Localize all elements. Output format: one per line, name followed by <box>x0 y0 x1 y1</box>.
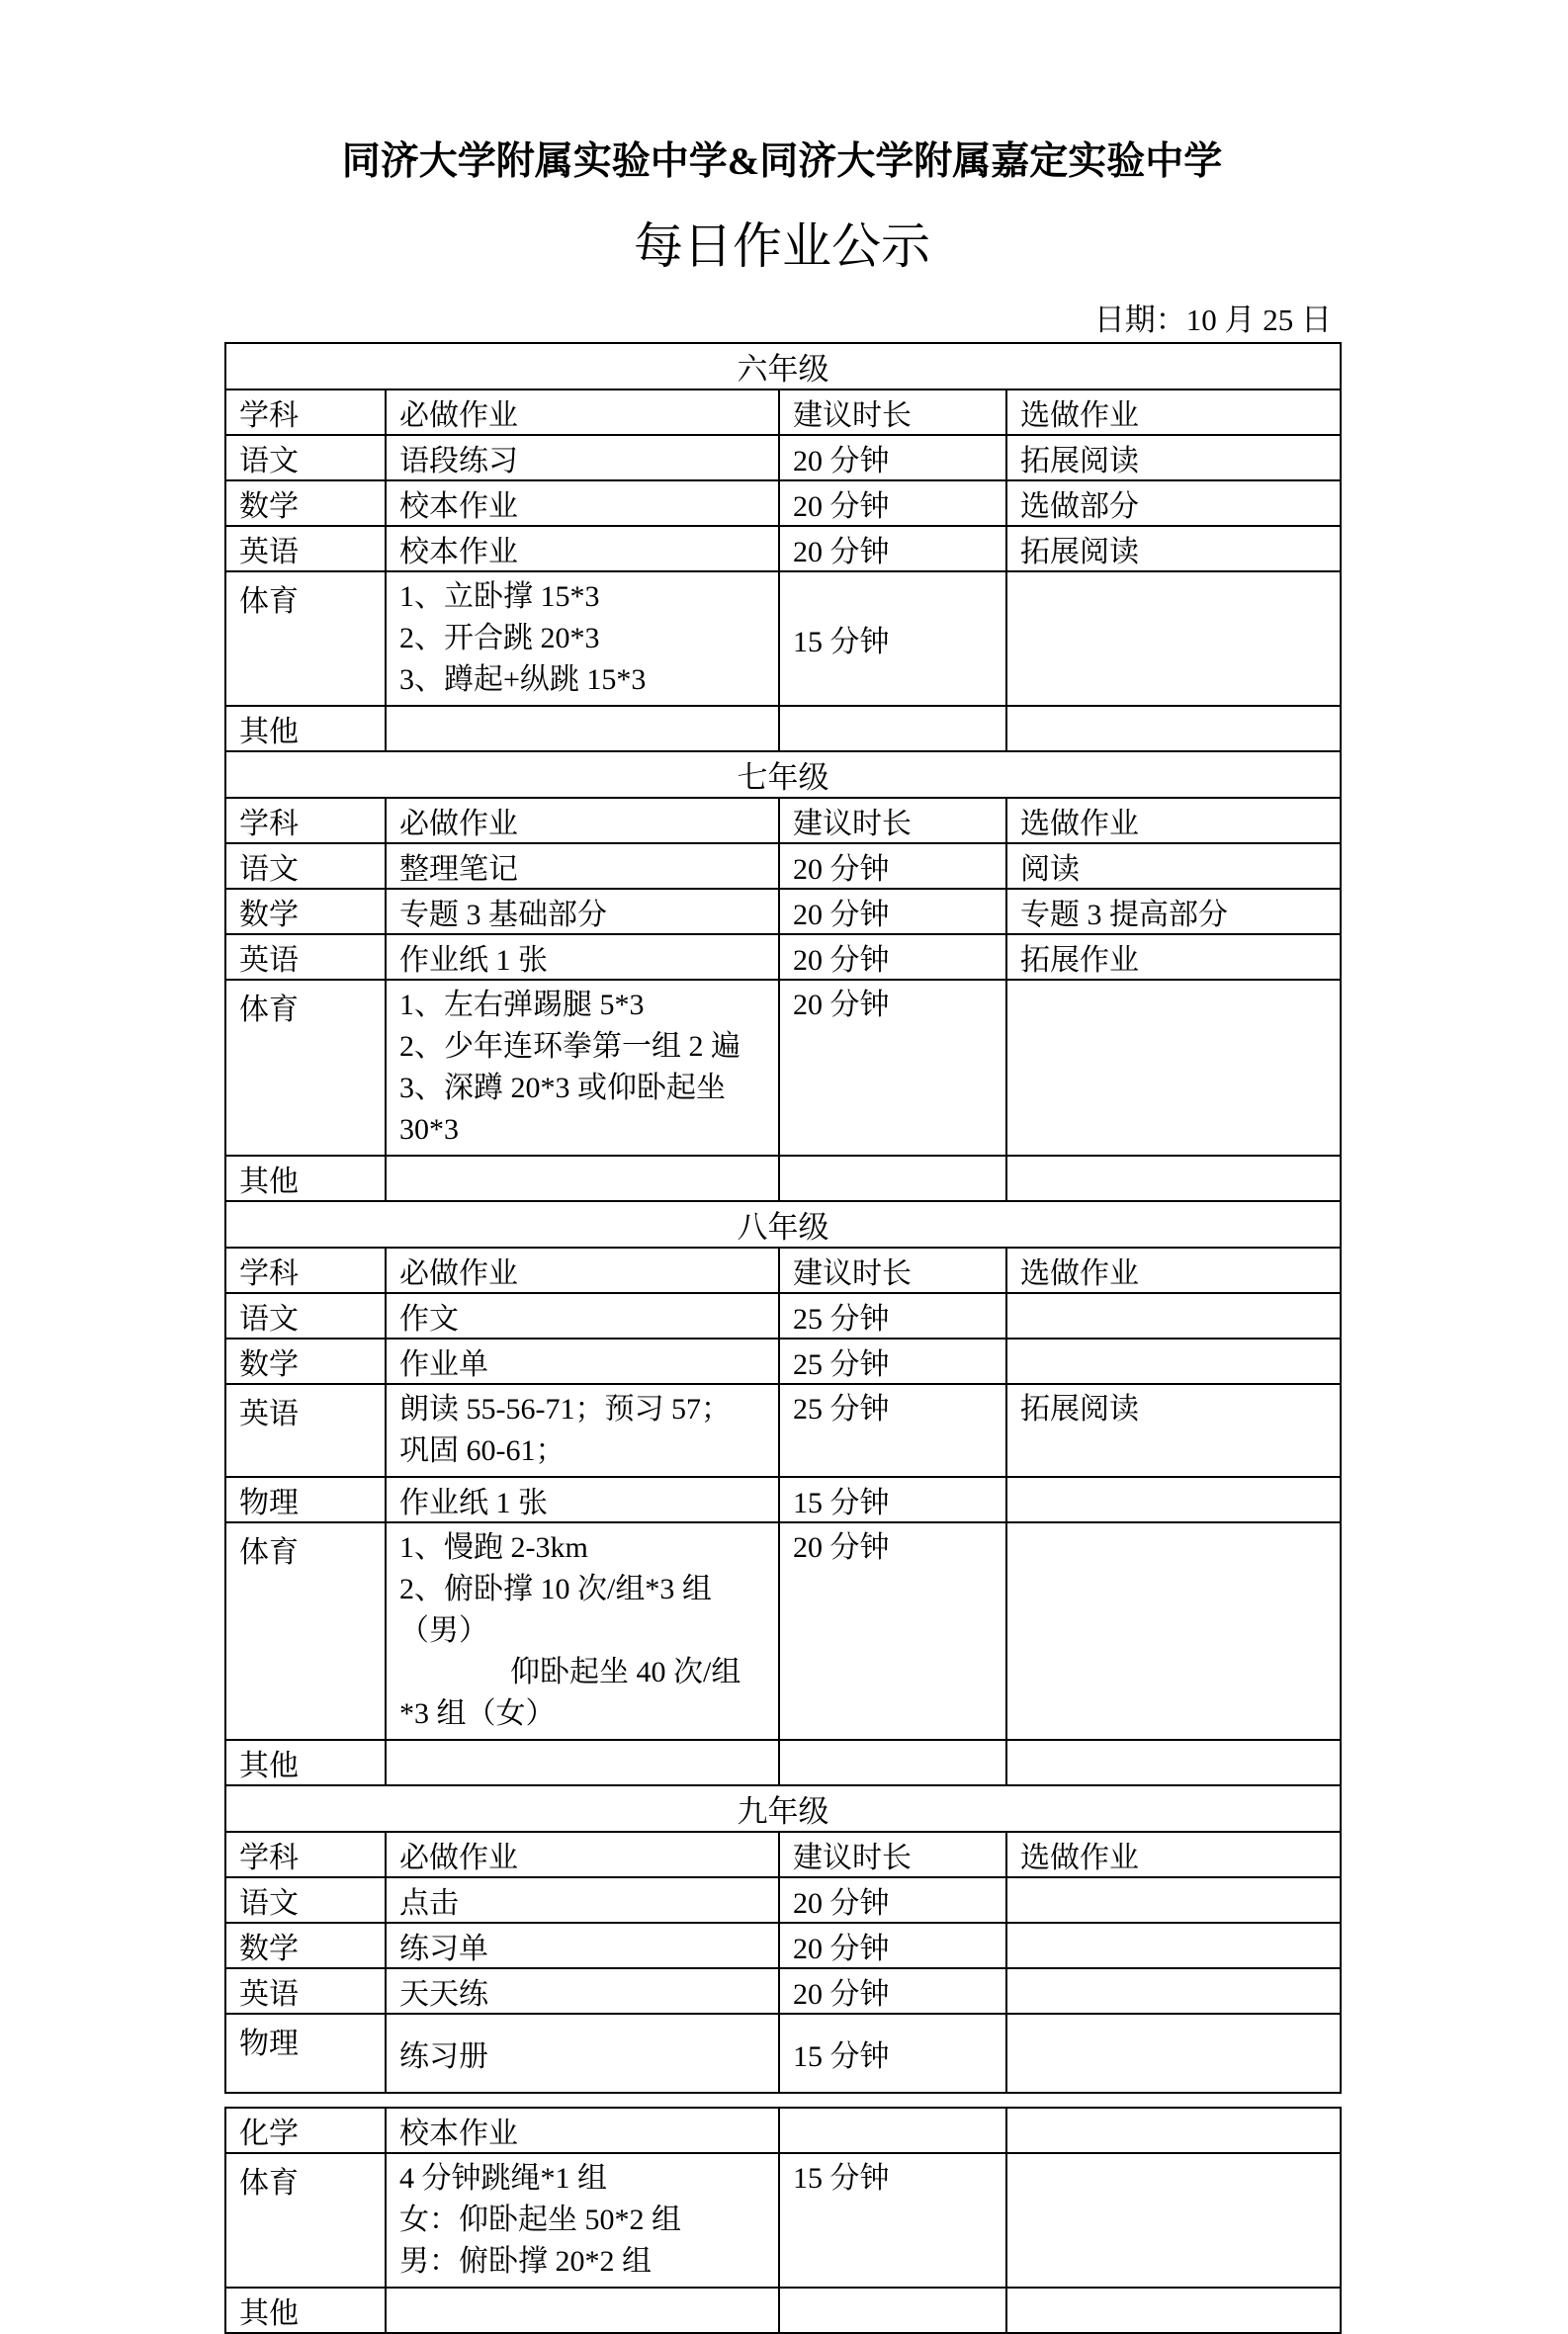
page-title: 每日作业公示 <box>224 217 1340 275</box>
header-time: 建议时长 <box>779 798 1006 843</box>
table-row: 英语 校本作业 20 分钟 拓展阅读 <box>225 526 1341 571</box>
grade9-section-row: 九年级 <box>225 1785 1341 1832</box>
pe-item: 2、少年连环拳第一组 2 遍 <box>399 1026 774 1068</box>
optional-cell <box>1006 2153 1341 2288</box>
pe-item: 1、慢跑 2-3km <box>399 1527 774 1569</box>
pe-item: 1、立卧撑 15*3 <box>399 576 774 618</box>
optional-cell: 专题 3 提高部分 <box>1006 889 1341 934</box>
table-row-chemistry: 化学 校本作业 <box>225 2108 1341 2153</box>
pe-item: 仰卧起坐 40 次/组 <box>399 1652 774 1693</box>
header-subject: 学科 <box>225 389 386 435</box>
subject-cell: 英语 <box>225 526 386 571</box>
time-cell: 20 分钟 <box>779 843 1006 889</box>
time-cell: 20 分钟 <box>779 1522 1006 1740</box>
required-cell: 练习单 <box>386 1923 779 1968</box>
subject-cell: 数学 <box>225 1923 386 1968</box>
required-cell <box>386 1156 779 1201</box>
table-row: 语文 点击 20 分钟 <box>225 1877 1341 1923</box>
time-cell: 15 分钟 <box>779 2153 1006 2288</box>
table-row: 数学 校本作业 20 分钟 选做部分 <box>225 480 1341 526</box>
time-cell: 25 分钟 <box>779 1339 1006 1384</box>
time-cell: 20 分钟 <box>779 889 1006 934</box>
required-cell: 作业纸 1 张 <box>386 934 779 980</box>
pe-item: 男：俯卧撑 20*2 组 <box>399 2241 774 2283</box>
table-row-pe: 体育 1、左右弹踢腿 5*3 2、少年连环拳第一组 2 遍 3、深蹲 20*3 … <box>225 980 1341 1156</box>
header-required: 必做作业 <box>386 798 779 843</box>
required-cell: 作业单 <box>386 1339 779 1384</box>
time-value: 20 分钟 <box>793 985 1002 1026</box>
header-required: 必做作业 <box>386 389 779 435</box>
subject-cell: 语文 <box>225 1293 386 1339</box>
grade8-column-header-row: 学科 必做作业 建议时长 选做作业 <box>225 1248 1341 1293</box>
optional-cell <box>1006 1477 1341 1522</box>
time-cell: 20 分钟 <box>779 1877 1006 1923</box>
time-cell: 20 分钟 <box>779 1923 1006 1968</box>
optional-cell <box>1006 2288 1341 2333</box>
optional-cell <box>1006 1522 1341 1740</box>
subject-cell: 语文 <box>225 435 386 480</box>
subject-cell: 数学 <box>225 1339 386 1384</box>
required-cell: 天天练 <box>386 1968 779 2014</box>
grade9-header: 九年级 <box>225 1785 1341 1832</box>
optional-cell <box>1006 706 1341 751</box>
grade6-header: 六年级 <box>225 343 1341 389</box>
optional-cell <box>1006 1293 1341 1339</box>
header-time: 建议时长 <box>779 1248 1006 1293</box>
time-cell: 20 分钟 <box>779 980 1006 1156</box>
required-cell: 作文 <box>386 1293 779 1339</box>
date-label: 日期：10 月 25 日 <box>224 295 1340 339</box>
pe-item: 2、开合跳 20*3 <box>399 618 774 659</box>
required-cell: 作业纸 1 张 <box>386 1477 779 1522</box>
time-value: 25 分钟 <box>793 1389 1002 1430</box>
subject-cell: 体育 <box>225 2153 386 2288</box>
document-page: 同济大学附属实验中学&同济大学附属嘉定实验中学 每日作业公示 日期：10 月 2… <box>224 0 1340 2334</box>
required-cell: 专题 3 基础部分 <box>386 889 779 934</box>
subject-cell: 体育 <box>225 980 386 1156</box>
optional-cell <box>1006 1740 1341 1785</box>
pe-item: 30*3 <box>399 1109 774 1151</box>
grade8-section-row: 八年级 <box>225 1201 1341 1248</box>
required-cell: 校本作业 <box>386 480 779 526</box>
optional-cell: 阅读 <box>1006 843 1341 889</box>
subject-cell: 英语 <box>225 1968 386 2014</box>
required-cell <box>386 1740 779 1785</box>
time-cell <box>779 1740 1006 1785</box>
homework-table-grade9-continued: 化学 校本作业 体育 4 分钟跳绳*1 组 女：仰卧起坐 50*2 组 男：俯卧… <box>224 2107 1342 2334</box>
header-subject: 学科 <box>225 1248 386 1293</box>
grade6-section-row: 六年级 <box>225 343 1341 389</box>
required-cell: 4 分钟跳绳*1 组 女：仰卧起坐 50*2 组 男：俯卧撑 20*2 组 <box>386 2153 779 2288</box>
homework-item: 朗读 55-56-71；预习 57； <box>399 1389 774 1430</box>
required-cell: 点击 <box>386 1877 779 1923</box>
table-row-pe: 体育 1、慢跑 2-3km 2、俯卧撑 10 次/组*3 组 （男） 仰卧起坐 … <box>225 1522 1341 1740</box>
time-cell: 20 分钟 <box>779 526 1006 571</box>
subject-cell: 其他 <box>225 1156 386 1201</box>
required-cell: 校本作业 <box>386 526 779 571</box>
subject-cell: 数学 <box>225 889 386 934</box>
grade7-column-header-row: 学科 必做作业 建议时长 选做作业 <box>225 798 1341 843</box>
time-cell: 20 分钟 <box>779 934 1006 980</box>
subject-cell: 语文 <box>225 843 386 889</box>
school-name-heading: 同济大学附属实验中学&同济大学附属嘉定实验中学 <box>224 0 1340 186</box>
time-cell: 20 分钟 <box>779 1968 1006 2014</box>
table-row: 语文 语段练习 20 分钟 拓展阅读 <box>225 435 1341 480</box>
pe-item: 3、蹲起+纵跳 15*3 <box>399 659 774 701</box>
required-cell: 1、慢跑 2-3km 2、俯卧撑 10 次/组*3 组 （男） 仰卧起坐 40 … <box>386 1522 779 1740</box>
homework-item: 巩固 60-61； <box>399 1430 774 1472</box>
time-cell: 15 分钟 <box>779 1477 1006 1522</box>
optional-cell: 拓展阅读 <box>1006 1384 1341 1477</box>
optional-cell <box>1006 980 1341 1156</box>
subject-cell: 英语 <box>225 1384 386 1477</box>
subject-cell: 体育 <box>225 571 386 706</box>
table-row-other: 其他 <box>225 1740 1341 1785</box>
time-cell: 15 分钟 <box>779 2014 1006 2093</box>
table-row: 英语 天天练 20 分钟 <box>225 1968 1341 2014</box>
required-cell: 整理笔记 <box>386 843 779 889</box>
table-row-english: 英语 朗读 55-56-71；预习 57； 巩固 60-61； 25 分钟 拓展… <box>225 1384 1341 1477</box>
table-row-other: 其他 <box>225 1156 1341 1201</box>
optional-cell <box>1006 1968 1341 2014</box>
subject-cell: 其他 <box>225 706 386 751</box>
header-required: 必做作业 <box>386 1832 779 1877</box>
optional-cell <box>1006 2014 1341 2093</box>
pe-item: 2、俯卧撑 10 次/组*3 组 <box>399 1569 774 1610</box>
required-cell <box>386 2288 779 2333</box>
table-row: 数学 专题 3 基础部分 20 分钟 专题 3 提高部分 <box>225 889 1341 934</box>
header-optional: 选做作业 <box>1006 1248 1341 1293</box>
optional-cell: 选做部分 <box>1006 480 1341 526</box>
pe-item: 1、左右弹踢腿 5*3 <box>399 985 774 1026</box>
header-optional: 选做作业 <box>1006 798 1341 843</box>
pe-item: 4 分钟跳绳*1 组 <box>399 2158 774 2200</box>
table-row: 数学 作业单 25 分钟 <box>225 1339 1341 1384</box>
time-cell <box>779 1156 1006 1201</box>
optional-cell <box>1006 2108 1341 2153</box>
grade9-column-header-row: 学科 必做作业 建议时长 选做作业 <box>225 1832 1341 1877</box>
required-cell <box>386 706 779 751</box>
time-cell: 15 分钟 <box>779 571 1006 706</box>
table-row: 物理 作业纸 1 张 15 分钟 <box>225 1477 1341 1522</box>
subject-cell: 体育 <box>225 1522 386 1740</box>
header-optional: 选做作业 <box>1006 389 1341 435</box>
optional-cell <box>1006 571 1341 706</box>
optional-cell: 拓展阅读 <box>1006 526 1341 571</box>
header-optional: 选做作业 <box>1006 1832 1341 1877</box>
time-value: 15 分钟 <box>793 2158 1002 2200</box>
optional-cell: 拓展阅读 <box>1006 435 1341 480</box>
table-row: 数学 练习单 20 分钟 <box>225 1923 1341 1968</box>
grade8-header: 八年级 <box>225 1201 1341 1248</box>
optional-value: 拓展阅读 <box>1020 1389 1336 1430</box>
header-subject: 学科 <box>225 1832 386 1877</box>
time-cell: 25 分钟 <box>779 1384 1006 1477</box>
pe-item: 女：仰卧起坐 50*2 组 <box>399 2200 774 2241</box>
subject-cell: 其他 <box>225 1740 386 1785</box>
pe-item: （男） <box>399 1610 774 1652</box>
table-row: 英语 作业纸 1 张 20 分钟 拓展作业 <box>225 934 1341 980</box>
required-cell: 1、左右弹踢腿 5*3 2、少年连环拳第一组 2 遍 3、深蹲 20*3 或仰卧… <box>386 980 779 1156</box>
table-row-physics: 物理 练习册 15 分钟 <box>225 2014 1341 2093</box>
subject-cell: 化学 <box>225 2108 386 2153</box>
pe-item: 3、深蹲 20*3 或仰卧起坐 <box>399 1068 774 1109</box>
time-cell: 20 分钟 <box>779 480 1006 526</box>
header-time: 建议时长 <box>779 1832 1006 1877</box>
grade6-column-header-row: 学科 必做作业 建议时长 选做作业 <box>225 389 1341 435</box>
table-row-other: 其他 <box>225 706 1341 751</box>
time-cell: 20 分钟 <box>779 435 1006 480</box>
optional-cell <box>1006 1923 1341 1968</box>
optional-cell <box>1006 1877 1341 1923</box>
subject-cell: 物理 <box>225 1477 386 1522</box>
subject-cell: 其他 <box>225 2288 386 2333</box>
table-row-pe: 体育 1、立卧撑 15*3 2、开合跳 20*3 3、蹲起+纵跳 15*3 15… <box>225 571 1341 706</box>
grade7-header: 七年级 <box>225 751 1341 798</box>
header-subject: 学科 <box>225 798 386 843</box>
time-cell <box>779 2288 1006 2333</box>
required-cell: 朗读 55-56-71；预习 57； 巩固 60-61； <box>386 1384 779 1477</box>
required-cell: 校本作业 <box>386 2108 779 2153</box>
header-required: 必做作业 <box>386 1248 779 1293</box>
time-value: 20 分钟 <box>793 1527 1002 1569</box>
subject-cell: 物理 <box>225 2014 386 2093</box>
required-cell: 1、立卧撑 15*3 2、开合跳 20*3 3、蹲起+纵跳 15*3 <box>386 571 779 706</box>
optional-cell: 拓展作业 <box>1006 934 1341 980</box>
table-row-pe: 体育 4 分钟跳绳*1 组 女：仰卧起坐 50*2 组 男：俯卧撑 20*2 组… <box>225 2153 1341 2288</box>
subject-cell: 数学 <box>225 480 386 526</box>
subject-cell: 英语 <box>225 934 386 980</box>
subject-cell: 语文 <box>225 1877 386 1923</box>
homework-table-main: 六年级 学科 必做作业 建议时长 选做作业 语文 语段练习 20 分钟 拓展阅读… <box>224 342 1342 2094</box>
required-cell: 练习册 <box>386 2014 779 2093</box>
table-row: 语文 整理笔记 20 分钟 阅读 <box>225 843 1341 889</box>
table-row: 语文 作文 25 分钟 <box>225 1293 1341 1339</box>
header-time: 建议时长 <box>779 389 1006 435</box>
optional-cell <box>1006 1339 1341 1384</box>
time-cell <box>779 706 1006 751</box>
grade7-section-row: 七年级 <box>225 751 1341 798</box>
time-cell: 25 分钟 <box>779 1293 1006 1339</box>
required-cell: 语段练习 <box>386 435 779 480</box>
pe-item: *3 组（女） <box>399 1693 774 1735</box>
optional-cell <box>1006 1156 1341 1201</box>
time-cell <box>779 2108 1006 2153</box>
table-row-other: 其他 <box>225 2288 1341 2333</box>
